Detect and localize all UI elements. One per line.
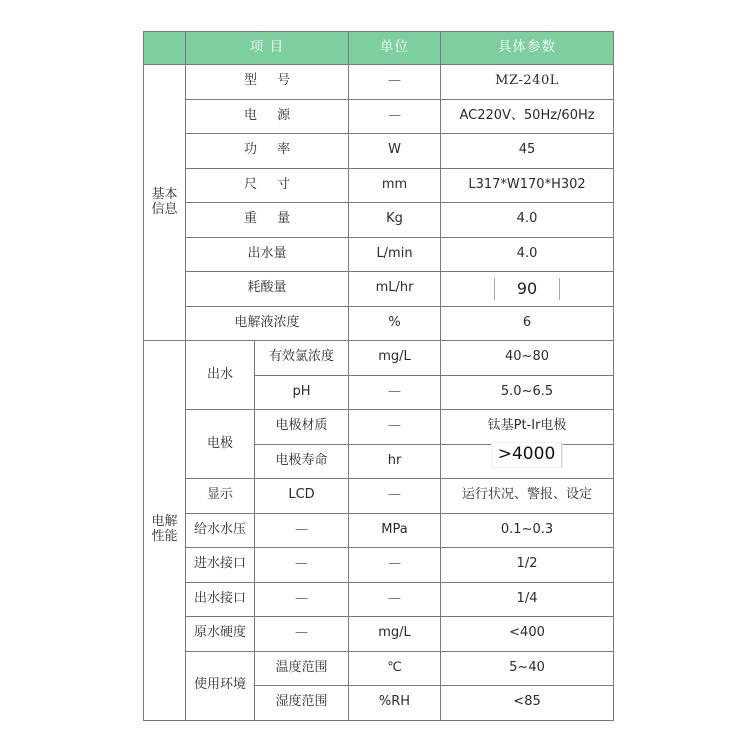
value: 1/2 [441,548,614,583]
handwritten-value: 90 [494,278,560,300]
value: 45 [441,134,614,169]
table-row: 功 率 W 45 [144,134,614,169]
item-name: — [255,582,349,617]
value: <85 [441,686,614,721]
item-name: 耗酸量 [186,272,349,307]
header-unit: 单位 [349,32,441,65]
item-name: 重 量 [186,203,349,238]
value: <400 [441,617,614,652]
value: 5~40 [441,651,614,686]
sticker-value: >4000 [492,443,563,467]
unit: Kg [349,203,441,238]
item-name: — [255,548,349,583]
unit: — [349,375,441,410]
group-label: 电解 性能 [151,515,177,545]
item-name: 电极寿命 [255,444,349,479]
unit: mg/L [349,341,441,376]
table-row: 耗酸量 mL/hr 90 [144,272,614,307]
unit: mL/hr [349,272,441,307]
table-row: 电极 电极材质 — 钛基Pt-Ir电极 [144,410,614,445]
table-row: 尺 寸 mm L317*W170*H302 [144,168,614,203]
unit: hr [349,444,441,479]
value: MZ-240L [441,65,614,100]
item-name: 有效氯浓度 [255,341,349,376]
table-row: 电解 性能 出水 有效氯浓度 mg/L 40~80 [144,341,614,376]
item-name: 电极材质 [255,410,349,445]
item-name: 湿度范围 [255,686,349,721]
item-label: 出水接口 [186,582,255,617]
unit: — [349,99,441,134]
table-row: 进水接口 — — 1/2 [144,548,614,583]
item-name: 出水量 [186,237,349,272]
unit: %RH [349,686,441,721]
value: 1/4 [441,582,614,617]
item-name: 温度范围 [255,651,349,686]
item-name: — [255,617,349,652]
value: 钛基Pt-Ir电极 [441,410,614,445]
value: 运行状况、警报、设定 [441,479,614,514]
item-name: 型 号 [186,65,349,100]
unit: ℃ [349,651,441,686]
table-row: 基本 信息 型 号 — MZ-240L [144,65,614,100]
group-basic-info: 基本 信息 [144,65,186,341]
unit: % [349,306,441,341]
value: 6 [441,306,614,341]
item-label: 原水硬度 [186,617,255,652]
table-row: 出水量 L/min 4.0 [144,237,614,272]
value: 0.1~0.3 [441,513,614,548]
item-name: LCD [255,479,349,514]
table-row: 出水接口 — — 1/4 [144,582,614,617]
sub-group-outlet: 出水 [186,341,255,410]
header-row: 项 目 单位 具体参数 [144,32,614,65]
table-row: 电 源 — AC220V、50Hz/60Hz [144,99,614,134]
table-row: 给水水压 — MPa 0.1~0.3 [144,513,614,548]
header-value: 具体参数 [441,32,614,65]
value-cell: >4000 [441,444,614,479]
item-label: 显示 [186,479,255,514]
group-label: 基本 信息 [151,188,177,218]
value: 5.0~6.5 [441,375,614,410]
unit: — [349,582,441,617]
unit: MPa [349,513,441,548]
header-item: 项 目 [186,32,349,65]
group-electrolysis: 电解 性能 [144,341,186,721]
unit: W [349,134,441,169]
sub-group-environment: 使用环境 [186,651,255,720]
unit: — [349,65,441,100]
value: AC220V、50Hz/60Hz [441,99,614,134]
table-row: 原水硬度 — mg/L <400 [144,617,614,652]
value-cell: 90 [441,272,614,307]
table-row: 电解液浓度 % 6 [144,306,614,341]
unit: L/min [349,237,441,272]
item-name: 功 率 [186,134,349,169]
unit: — [349,479,441,514]
unit: — [349,410,441,445]
table-row: 使用环境 温度范围 ℃ 5~40 [144,651,614,686]
unit: mm [349,168,441,203]
item-label: 给水水压 [186,513,255,548]
spec-table: 项 目 单位 具体参数 基本 信息 型 号 — MZ-240L 电 源 — AC… [143,31,614,721]
value: L317*W170*H302 [441,168,614,203]
unit: — [349,548,441,583]
table-row: 重 量 Kg 4.0 [144,203,614,238]
table-row: 显示 LCD — 运行状况、警报、设定 [144,479,614,514]
item-name: 尺 寸 [186,168,349,203]
value: 4.0 [441,203,614,238]
item-name: 电解液浓度 [186,306,349,341]
item-name: — [255,513,349,548]
value: 4.0 [441,237,614,272]
item-name: pH [255,375,349,410]
unit: mg/L [349,617,441,652]
header-category [144,32,186,65]
sub-group-electrode: 电极 [186,410,255,479]
item-name: 电 源 [186,99,349,134]
value: 40~80 [441,341,614,376]
item-label: 进水接口 [186,548,255,583]
